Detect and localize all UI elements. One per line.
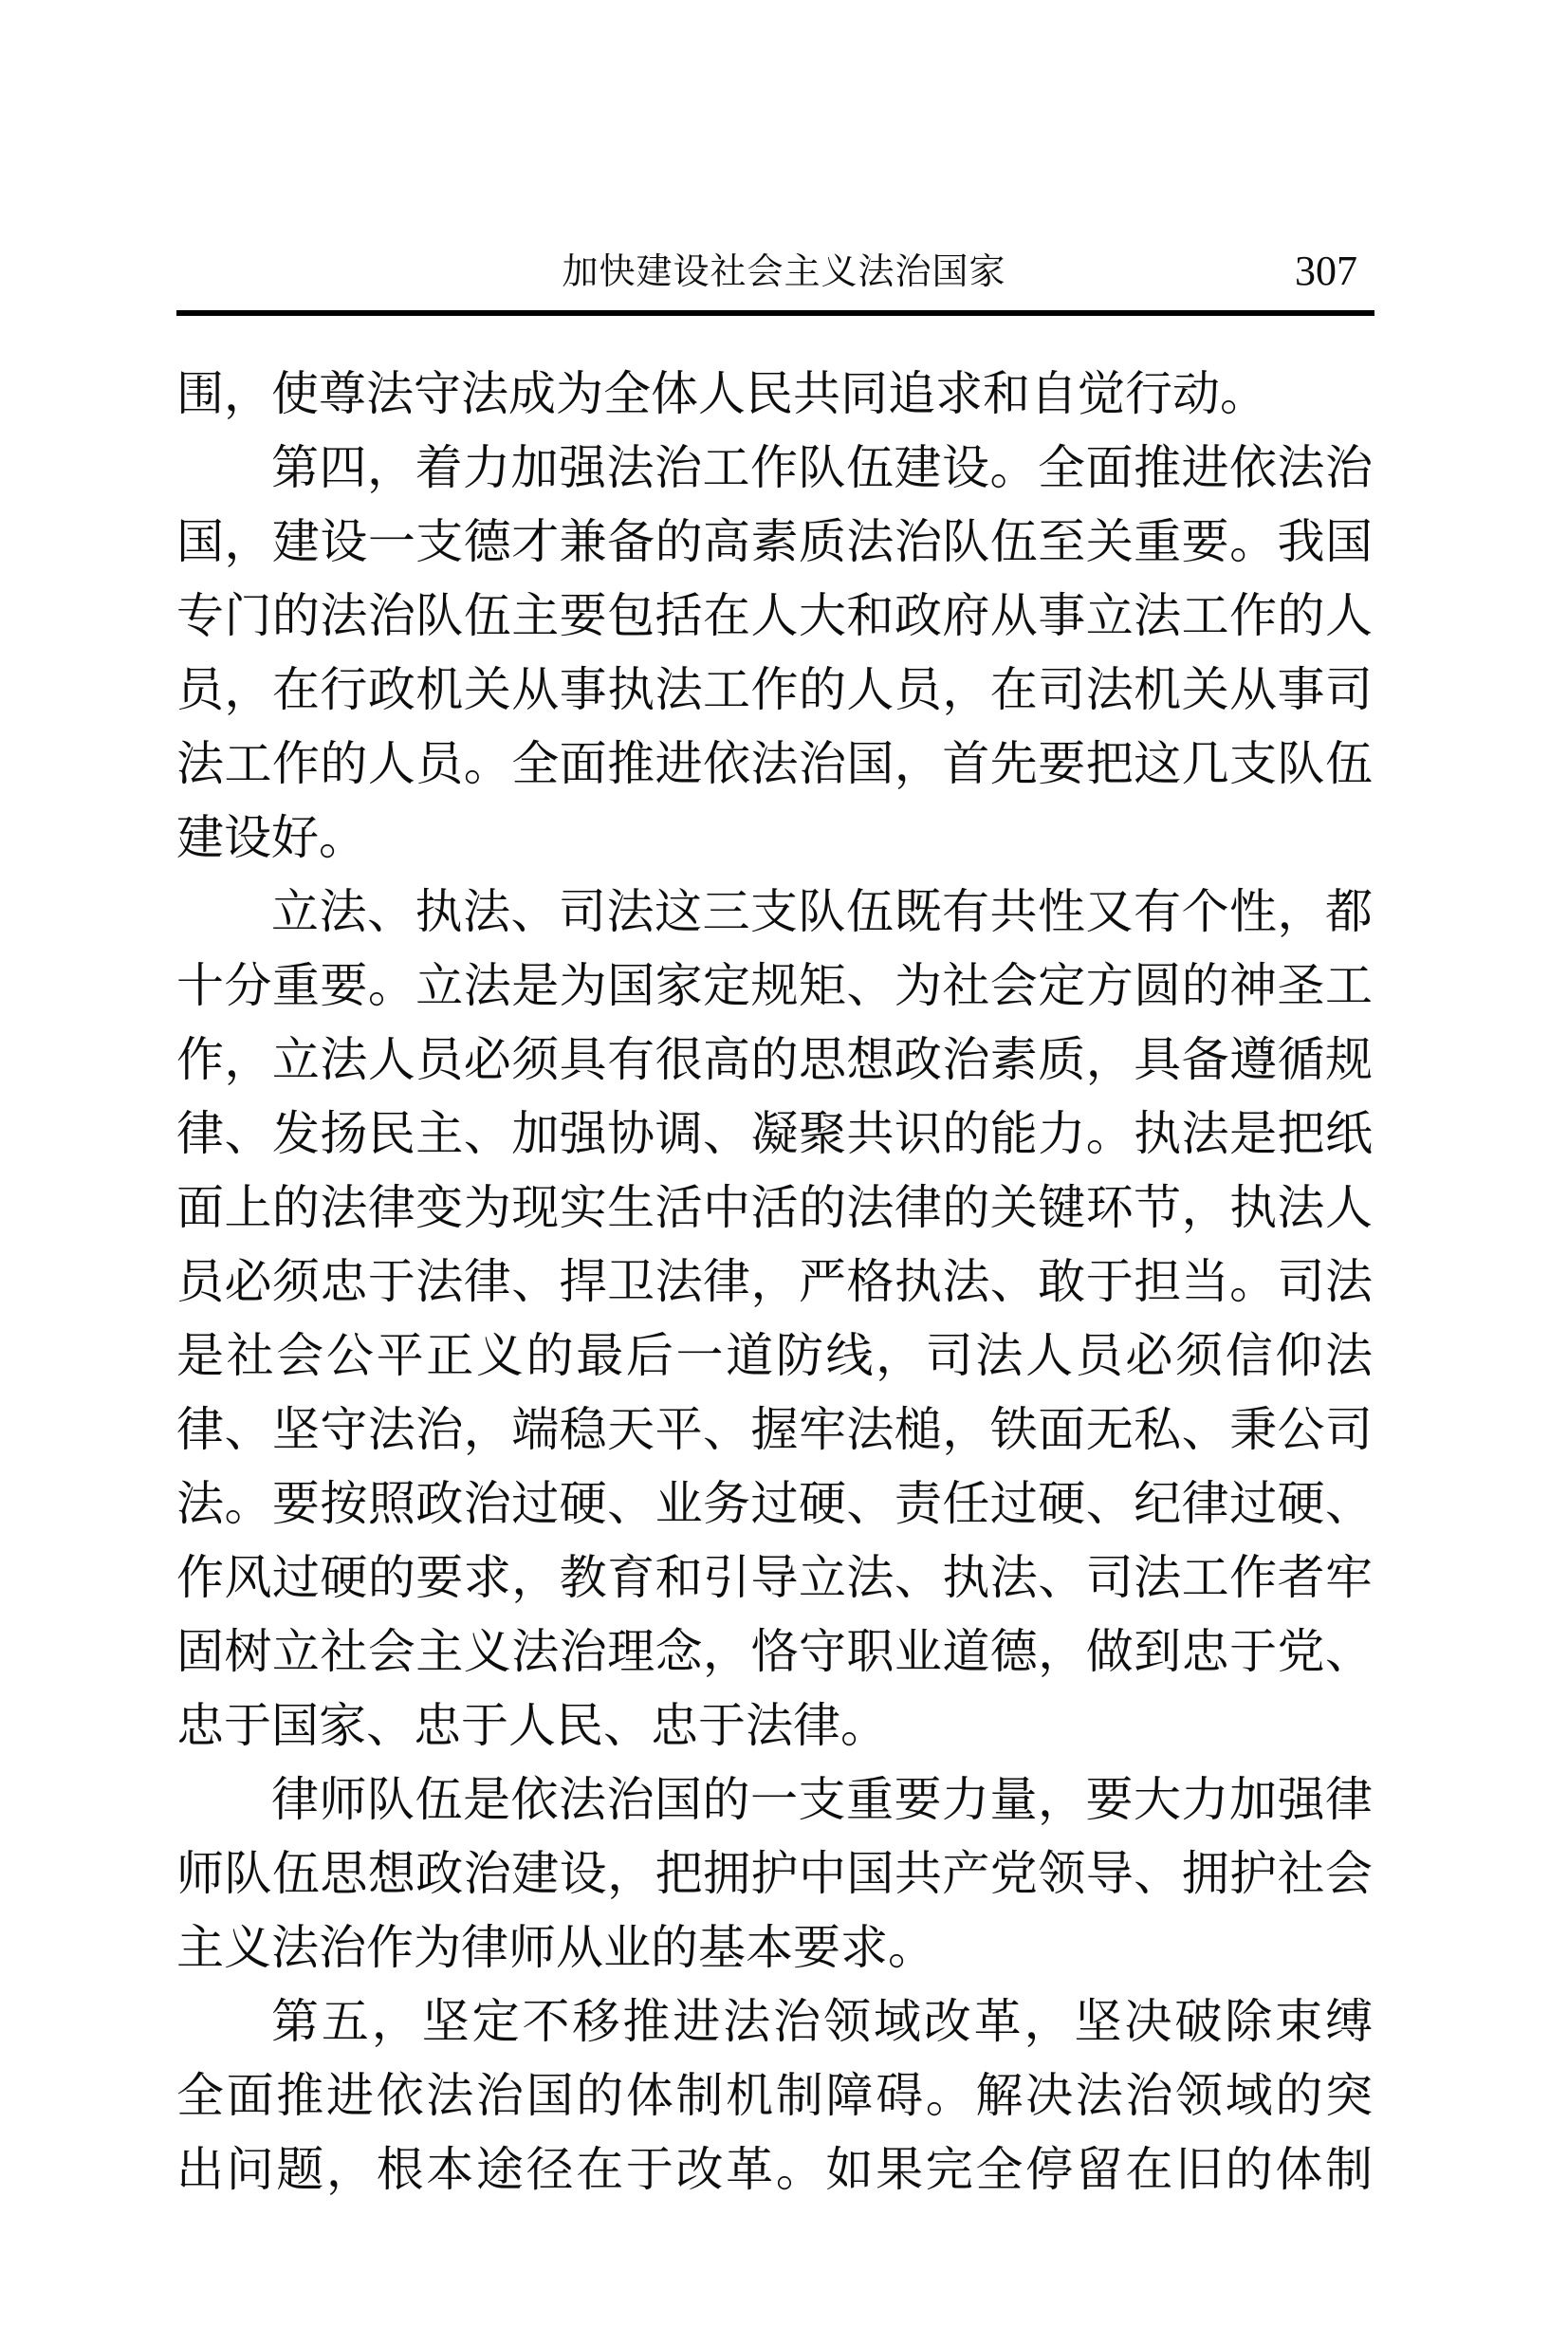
text-line: 专门的法治队伍主要包括在人大和政府从事立法工作的人 [176, 579, 1373, 653]
text-line: 法。要按照政治过硬、业务过硬、责任过硬、纪律过硬、 [176, 1467, 1373, 1541]
paragraph: 第四，着力加强法治工作队伍建设。全面推进依法治 国，建设一支德才兼备的高素质法治… [176, 431, 1373, 875]
text-line: 全面推进依法治国的体制机制障碍。解决法治领域的突 [176, 2059, 1373, 2133]
text-line: 员必须忠于法律、捍卫法律，严格执法、敢于担当。司法 [176, 1245, 1373, 1319]
paragraph: 立法、执法、司法这三支队伍既有共性又有个性，都 十分重要。立法是为国家定规矩、为… [176, 875, 1373, 1763]
paragraph: 律师队伍是依法治国的一支重要力量，要大力加强律 师队伍思想政治建设，把拥护中国共… [176, 1763, 1373, 1985]
text-line: 忠于国家、忠于人民、忠于法律。 [176, 1689, 1373, 1763]
text-line: 立法、执法、司法这三支队伍既有共性又有个性，都 [176, 875, 1373, 949]
paragraph: 围，使尊法守法成为全体人民共同追求和自觉行动。 [176, 357, 1373, 431]
text-line: 第四，着力加强法治工作队伍建设。全面推进依法治 [176, 431, 1373, 505]
text-line: 出问题，根本途径在于改革。如果完全停留在旧的体制 [176, 2133, 1373, 2207]
text-line: 作，立法人员必须具有很高的思想政治素质，具备遵循规 [176, 1023, 1373, 1097]
text-line: 律师队伍是依法治国的一支重要力量，要大力加强律 [176, 1763, 1373, 1837]
page-number: 307 [1295, 249, 1357, 294]
text-line: 面上的法律变为现实生活中活的法律的关键环节，执法人 [176, 1171, 1373, 1245]
text-line: 国，建设一支德才兼备的高素质法治队伍至关重要。我国 [176, 505, 1373, 579]
text-line: 法工作的人员。全面推进依法治国，首先要把这几支队伍 [176, 727, 1373, 801]
text-line: 围，使尊法守法成为全体人民共同追求和自觉行动。 [176, 357, 1373, 431]
text-line: 是社会公平正义的最后一道防线，司法人员必须信仰法 [176, 1319, 1373, 1393]
text-line: 律、坚守法治，端稳天平、握牢法槌，铁面无私、秉公司 [176, 1393, 1373, 1467]
book-page: 加快建设社会主义法治国家 307 围，使尊法守法成为全体人民共同追求和自觉行动。… [0, 0, 1568, 2345]
header-divider-rule [176, 310, 1374, 316]
text-line: 十分重要。立法是为国家定规矩、为社会定方圆的神圣工 [176, 949, 1373, 1023]
body-text: 围，使尊法守法成为全体人民共同追求和自觉行动。 第四，着力加强法治工作队伍建设。… [176, 357, 1373, 2207]
text-line: 师队伍思想政治建设，把拥护中国共产党领导、拥护社会 [176, 1837, 1373, 1911]
text-line: 第五，坚定不移推进法治领域改革，坚决破除束缚 [176, 1985, 1373, 2059]
paragraph: 第五，坚定不移推进法治领域改革，坚决破除束缚 全面推进依法治国的体制机制障碍。解… [176, 1985, 1373, 2207]
text-line: 主义法治作为律师从业的基本要求。 [176, 1911, 1373, 1985]
text-line: 作风过硬的要求，教育和引导立法、执法、司法工作者牢 [176, 1541, 1373, 1615]
text-line: 固树立社会主义法治理念，恪守职业道德，做到忠于党、 [176, 1615, 1373, 1689]
text-line: 建设好。 [176, 801, 1373, 875]
text-line: 员，在行政机关从事执法工作的人员，在司法机关从事司 [176, 653, 1373, 727]
text-line: 律、发扬民主、加强协调、凝聚共识的能力。执法是把纸 [176, 1097, 1373, 1171]
